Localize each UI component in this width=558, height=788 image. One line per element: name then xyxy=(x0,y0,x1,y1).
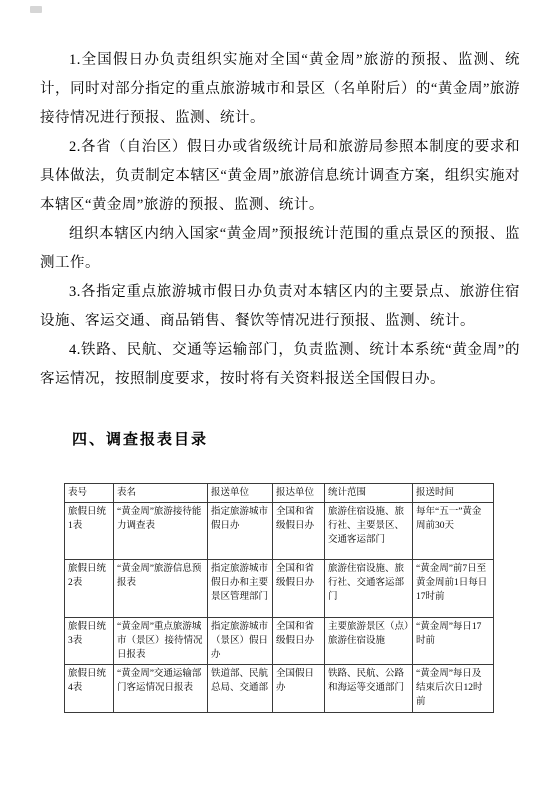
table-cell: 主要旅游景区（点）旅游住宿设施 xyxy=(325,618,413,665)
paragraph: 4.铁路、民航、交通等运输部门，负责监测、统计本系统“黄金周”的客运情况，按照制… xyxy=(40,336,520,394)
table-cell: 指定旅游城市假日办和主要景区管理部门 xyxy=(208,560,273,618)
scan-artifact xyxy=(30,6,42,13)
table-cell: 铁道部、民航总局、交通部 xyxy=(208,665,273,713)
table-cell: “黄金周”交通运输部门客运情况日报表 xyxy=(114,665,208,713)
table-cell: 旅游住宿设施、旅行社、交通客运部门 xyxy=(325,560,413,618)
table-header-cell: 表名 xyxy=(114,484,208,503)
table-row: 旅假日统2表“黄金周”旅游信息预报表指定旅游城市假日办和主要景区管理部门全国和省… xyxy=(65,560,494,618)
document-page: 1.全国假日办负责组织实施对全国“黄金周”旅游的预报、监测、统计，同时对部分指定… xyxy=(0,0,558,788)
table-cell: 指定旅游城市（景区）假日办 xyxy=(208,618,273,665)
table-cell: 旅假日统2表 xyxy=(65,560,114,618)
table-cell: 旅假日统3表 xyxy=(65,618,114,665)
table-cell: 铁路、民航、公路和海运等交通部门 xyxy=(325,665,413,713)
section-heading: 四、调查报表目录 xyxy=(72,428,208,449)
paragraph: 3.各指定重点旅游城市假日办负责对本辖区内的主要景点、旅游住宿设施、客运交通、商… xyxy=(40,278,520,336)
table-cell: “黄金周”旅游信息预报表 xyxy=(114,560,208,618)
table-header-cell: 表号 xyxy=(65,484,114,503)
table-row: 旅假日统1表“黄金周”旅游接待能力调查表指定旅游城市假日办全国和省级假日办旅游住… xyxy=(65,503,494,560)
table-row: 旅假日统3表“黄金周”重点旅游城市（景区）接待情况日报表指定旅游城市（景区）假日… xyxy=(65,618,494,665)
table-header-cell: 报送时间 xyxy=(413,484,494,503)
table-cell: 全国和省级假日办 xyxy=(273,560,325,618)
table-cell: 全国和省级假日办 xyxy=(273,618,325,665)
paragraph: 1.全国假日办负责组织实施对全国“黄金周”旅游的预报、监测、统计，同时对部分指定… xyxy=(40,46,520,133)
report-catalog-table: 表号表名报送单位报达单位统计范围报送时间 旅假日统1表“黄金周”旅游接待能力调查… xyxy=(64,483,494,713)
table-cell: 全国和省级假日办 xyxy=(273,503,325,560)
table-cell: 旅假日统4表 xyxy=(65,665,114,713)
document-body: 1.全国假日办负责组织实施对全国“黄金周”旅游的预报、监测、统计，同时对部分指定… xyxy=(40,46,520,394)
table-cell: 旅游住宿设施、旅行社、主要景区、交通客运部门 xyxy=(325,503,413,560)
table-cell: “黄金周”前7日至黄金周前1日每日17时前 xyxy=(413,560,494,618)
table-cell: “黄金周”每日17时前 xyxy=(413,618,494,665)
table-cell: 旅假日统1表 xyxy=(65,503,114,560)
paragraph: 2.各省（自治区）假日办或省级统计局和旅游局参照本制度的要求和具体做法，负责制定… xyxy=(40,133,520,220)
table-header-cell: 报送单位 xyxy=(208,484,273,503)
table-cell: “黄金周”重点旅游城市（景区）接待情况日报表 xyxy=(114,618,208,665)
paragraph: 组织本辖区内纳入国家“黄金周”预报统计范围的重点景区的预报、监测工作。 xyxy=(40,220,520,278)
table-row: 旅假日统4表“黄金周”交通运输部门客运情况日报表铁道部、民航总局、交通部全国假日… xyxy=(65,665,494,713)
table-cell: 指定旅游城市假日办 xyxy=(208,503,273,560)
table-cell: 全国假日办 xyxy=(273,665,325,713)
table-cell: “黄金周”每日及结束后次日12时前 xyxy=(413,665,494,713)
table-header-cell: 报达单位 xyxy=(273,484,325,503)
table-header-row: 表号表名报送单位报达单位统计范围报送时间 xyxy=(65,484,494,503)
table-header-cell: 统计范围 xyxy=(325,484,413,503)
table-cell: 每年“五一”黄金周前30天 xyxy=(413,503,494,560)
table-cell: “黄金周”旅游接待能力调查表 xyxy=(114,503,208,560)
